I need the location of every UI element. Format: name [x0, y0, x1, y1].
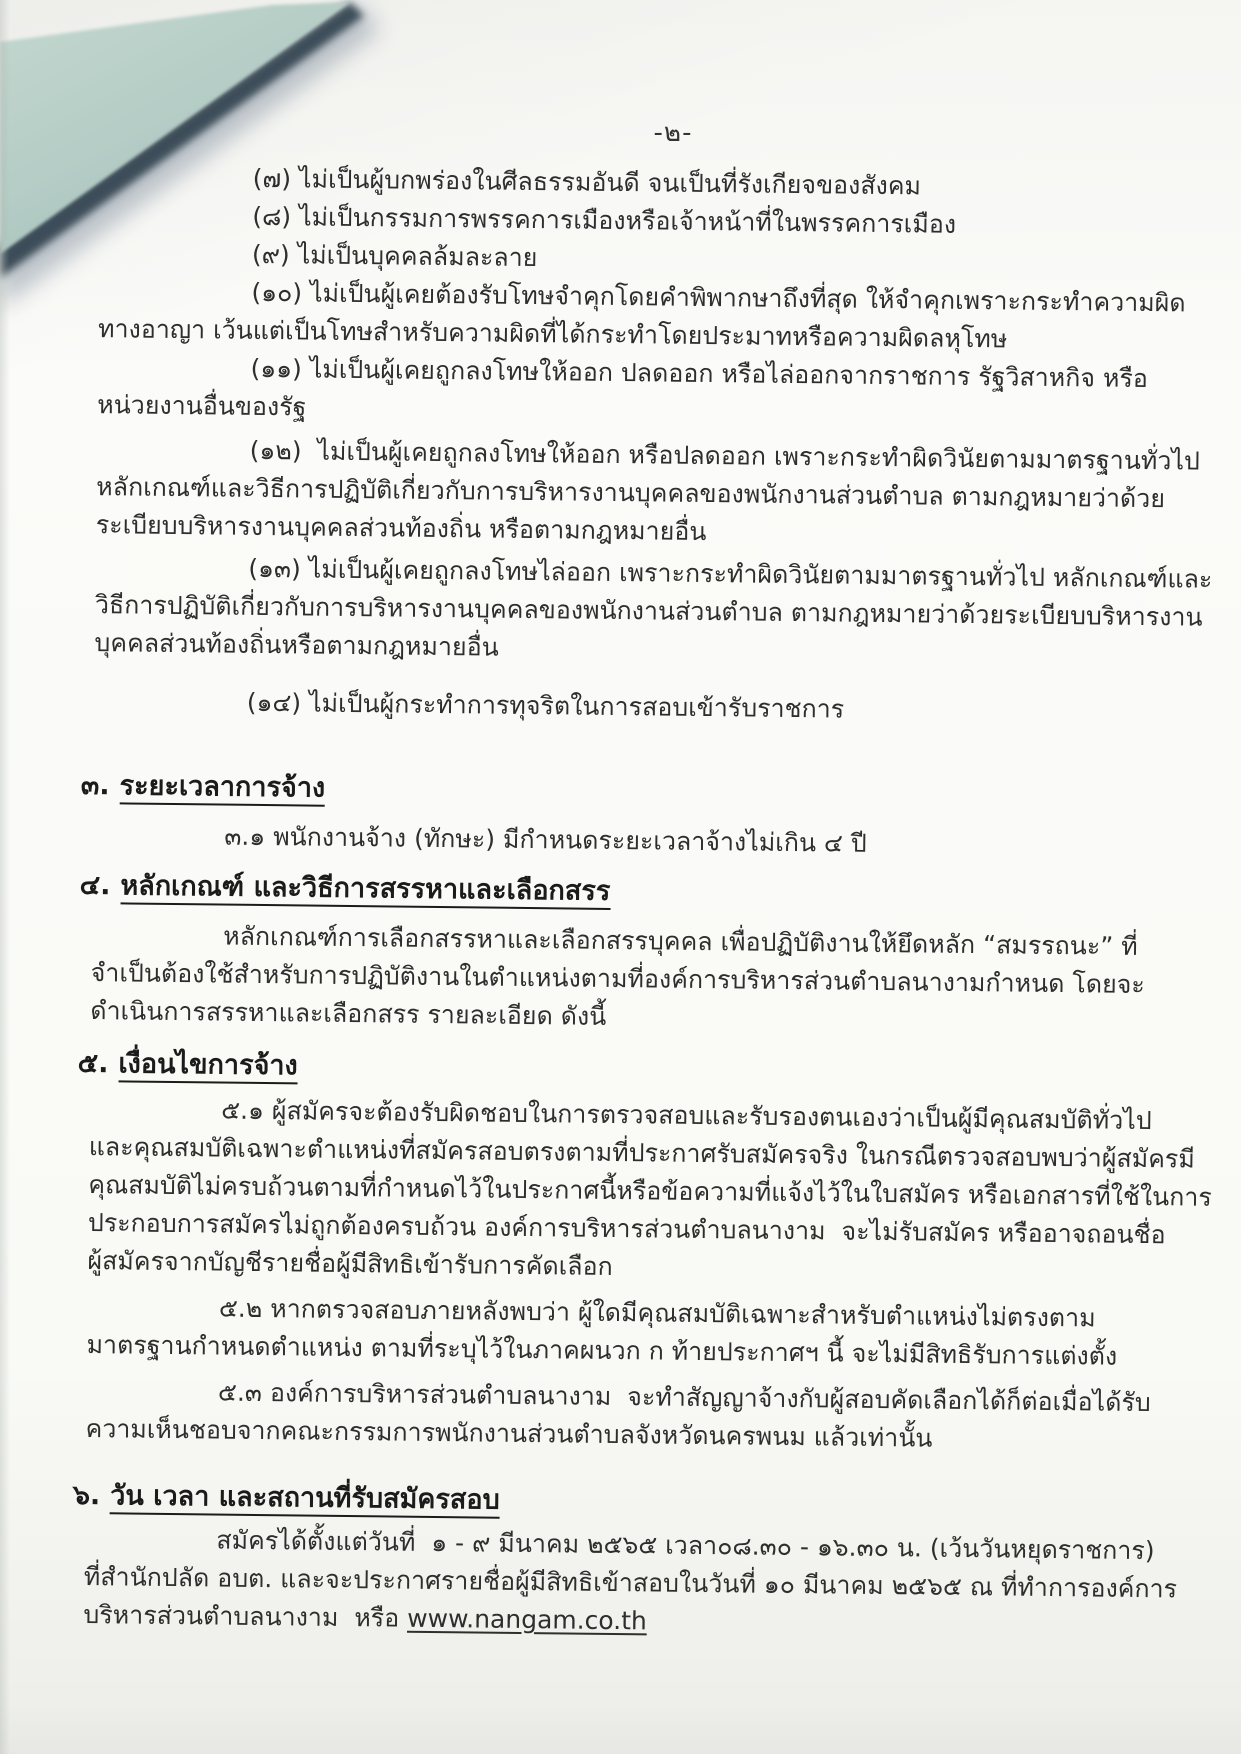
- text-run: (๑๓) ไม่เป็นผู้เคยถูกลงโทษไล่ออก เพราะกร…: [248, 554, 1212, 594]
- text-run: (๗) ไม่เป็นผู้บกพร่องในศีลธรรมอันดี จนเป…: [253, 164, 922, 201]
- text-run: ผู้สมัครจากบัญชีรายชื่อผู้มีสิทธิเข้ารับ…: [87, 1246, 613, 1281]
- text-run: ทางอาญา เว้นแต่เป็นโทษสำหรับความผิดที่ได…: [98, 314, 1008, 353]
- section-4-heading: ๔.หลักเกณฑ์ และวิธีการสรรหาและเลือกสรร: [0, 863, 1233, 921]
- section-number: ๖.: [73, 1480, 101, 1511]
- section-title: หลักเกณฑ์ และวิธีการสรรหาและเลือกสรร: [120, 870, 610, 910]
- section-title: เงื่อนไขการจ้าง: [118, 1048, 298, 1084]
- text-run: (๑๑) ไม่เป็นผู้เคยถูกลงโทษให้ออก ปลดออก …: [250, 354, 1148, 393]
- section-title: ระยะเวลาการจ้าง: [119, 770, 325, 806]
- text-run: ความเห็นชอบจากคณะกรรมการพนักงานส่วนตำบลจ…: [85, 1414, 932, 1453]
- text-run: ๓.๑ พนักงานจ้าง (ทักษะ) มีกำหนดระยะเวลาจ…: [224, 822, 867, 858]
- text-run: (๑๔) ไม่เป็นผู้กระทำการทุจริตในการสอบเข้…: [247, 688, 845, 724]
- text-run: สมัครได้ตั้งแต่วันที่ ๑ - ๙ มีนาคม ๒๕๖๕ …: [216, 1526, 1155, 1566]
- scanned-document-page: -๒- (๗) ไม่เป็นผู้บกพร่องในศีลธรรมอันดี …: [0, 0, 1241, 1754]
- page-number: -๒-: [628, 112, 718, 153]
- section-3-1-clause: ๓.๑ พนักงานจ้าง (ทักษะ) มีกำหนดระยะเวลาจ…: [0, 815, 1233, 867]
- section-number: ๔.: [80, 870, 111, 901]
- text-run: (๘) ไม่เป็นกรรมการพรรคการเมืองหรือเจ้าหน…: [252, 202, 956, 239]
- text-run: หน่วยงานอื่นของรัฐ: [97, 390, 307, 421]
- text-run: ๕.๒ หากตรวจสอบภายหลังพบว่า ผู้ใดมีคุณสมบ…: [219, 1294, 1096, 1333]
- text-run: หลักเกณฑ์การเลือกสรรหาและเลือกสรรบุคคล เ…: [223, 922, 1138, 961]
- section-3-heading: ๓.ระยะเวลาการจ้าง: [0, 763, 1234, 821]
- text-run: (๙) ไม่เป็นบุคคลล้มละลาย: [252, 240, 538, 272]
- text-run: ระเบียบบริหารงานบุคคลส่วนท้องถิ่น หรือตา…: [96, 510, 707, 546]
- text-run: ดำเนินการสรรหาและเลือกสรร รายละเอียด ดัง…: [90, 996, 606, 1031]
- text-run: ๕.๑ ผู้สมัครจะต้องรับผิดชอบในการตรวจสอบแ…: [221, 1096, 1152, 1136]
- disqualification-item-14: (๑๔) ไม่เป็นผู้กระทำการทุจริตในการสอบเข้…: [0, 681, 1235, 733]
- text-run: ๕.๓ องค์การบริหารส่วนตำบลนางาม จะทำสัญญา…: [218, 1378, 1151, 1418]
- text-run: บริหารส่วนตำบลนางาม หรือ: [83, 1600, 407, 1633]
- text-run: บุคคลส่วนท้องถิ่นหรือตามกฎหมายอื่น: [94, 628, 499, 662]
- section-number: ๕.: [78, 1048, 109, 1079]
- website-url: www.nangam.co.th: [407, 1604, 647, 1636]
- section-title: วัน เวลา และสถานที่รับสมัครสอบ: [110, 1480, 500, 1518]
- text-run: (๑๒) ไม่เป็นผู้เคยถูกลงโทษให้ออก หรือปลด…: [250, 436, 1201, 476]
- document-lines: (๗) ไม่เป็นผู้บกพร่องในศีลธรรมอันดี จนเป…: [0, 157, 1241, 1647]
- text-run: (๑๐) ไม่เป็นผู้เคยต้องรับโทษจำคุกโดยคำพิ…: [251, 278, 1185, 318]
- text-run: มาตรฐานกำหนดตำแหน่ง ตามที่ระบุไว้ในภาคผน…: [86, 1330, 1117, 1371]
- section-number: ๓.: [81, 770, 110, 801]
